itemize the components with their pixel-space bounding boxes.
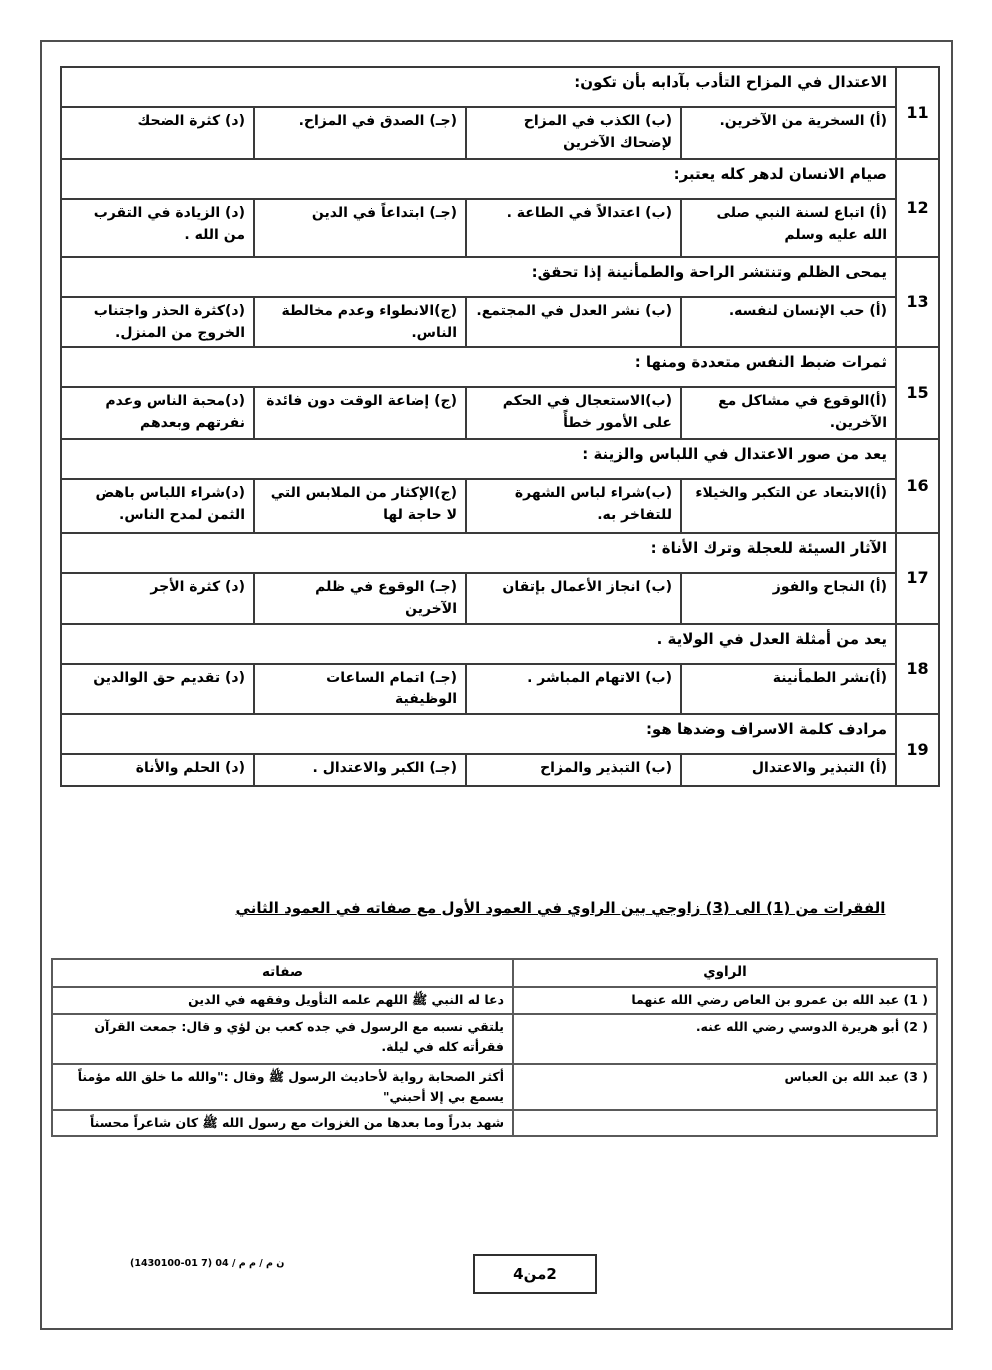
option-c: (جـ) الكبر والاعتدال . [254,754,466,786]
option-b: (ب) الاتهام المباشر . [466,664,681,714]
option-b: (ب) التبذير والمزاح [466,754,681,786]
option-c: (جـ) ابتداعاً في الدين [254,199,466,257]
question-block: 17 الآثار السيئة للعجلة وترك الأناة : (أ… [61,533,939,623]
matching-instruction: الفقرات من (1) الى (3) زاوجي بين الراوي … [226,899,896,917]
narrator-cell [513,1110,937,1136]
footer-doc-code: ن م / م م / 04 (7 01-1430100) [130,1258,284,1269]
option-d: (د) الزيادة في التقرب من الله . [61,199,254,257]
option-a: (أ) حب الإنسان لنفسه. [681,297,896,347]
question-stem: يعد من أمثلة العدل في الولاية . [61,624,896,664]
option-d: (د) الحلم والأناة [61,754,254,786]
option-a: (أ) التبذير والاعتدال [681,754,896,786]
table-row: ( 2) أبو هريرة الدوسي رضي الله عنه. يلتق… [52,1014,937,1064]
question-block: 16 يعد من صور الاعتدال في اللباس والزينة… [61,439,939,533]
option-b: (ب) انجاز الأعمال بإتقان [466,573,681,623]
mcq-table: 11 الاعتدال في المزاح التأدب بآدابه بأن … [60,66,940,787]
option-d: (د)شراء اللباس باهض الثمن لمدح الناس. [61,479,254,533]
page-number: 2من4 [513,1265,557,1283]
option-a: (أ)الوقوع في مشاكل مع الآخرين. [681,387,896,439]
question-block: 12 صيام الانسان لدهر كله يعتبر: (أ) اتبا… [61,159,939,257]
option-a: (أ) السخرية من الآخرين. [681,107,896,159]
question-stem: يمحى الظلم وتنتشر الراحة والطمأنينة إذا … [61,257,896,297]
exam-page: 11 الاعتدال في المزاح التأدب بآدابه بأن … [0,0,992,1370]
option-c: (ج) إضاعة الوقت دون فائدة [254,387,466,439]
question-number: 17 [896,533,939,623]
option-b: (ب)الاستعجال في الحكم على الأمور خطأً [466,387,681,439]
question-number: 19 [896,714,939,786]
matching-table: الراوي صفاته ( 1) عبد الله بن عمرو بن ال… [51,958,938,1137]
question-stem: يعد من صور الاعتدال في اللباس والزينة : [61,439,896,479]
question-number: 18 [896,624,939,714]
option-a: (أ)نشر الطمأنينة [681,664,896,714]
attribute-cell: يلتقي نسبه مع الرسول في جده كعب بن لؤي و… [52,1014,513,1064]
option-b: (ب) اعتدالاً في الطاعة . [466,199,681,257]
option-d: (د) كثرة الأجر [61,573,254,623]
question-block: 15 ثمرات ضبط النفس متعددة ومنها : (أ)الو… [61,347,939,439]
option-b: (ب) نشر العدل في المجتمع. [466,297,681,347]
question-number: 15 [896,347,939,439]
option-c: (ج)الإكثار من الملابس التي لا حاجة لها [254,479,466,533]
question-stem: الآثار السيئة للعجلة وترك الأناة : [61,533,896,573]
question-block: 19 مرادف كلمة الاسراف وضدها هو: (أ) التب… [61,714,939,786]
table-row: شهد بدراً وما بعدها من الغزوات مع رسول ا… [52,1110,937,1136]
option-c: (جـ) الوقوع في ظلم الآخرين [254,573,466,623]
question-block: 13 يمحى الظلم وتنتشر الراحة والطمأنينة إ… [61,257,939,347]
narrator-cell: ( 3) عبد الله بن العباس [513,1064,937,1110]
option-c: (ج)الانطواء وعدم مخالطة الناس. [254,297,466,347]
option-b: (ب)شراء لباس الشهرة للتفاخر به. [466,479,681,533]
question-number: 16 [896,439,939,533]
table-row: ( 3) عبد الله بن العباس أكثر الصحابة روا… [52,1064,937,1110]
option-d: (د)محبة الناس وعدم نفرتهم وبعدهم [61,387,254,439]
question-number: 11 [896,67,939,159]
column-header-narrator: الراوي [513,959,937,987]
attribute-cell: دعا له النبي ﷺ اللهم علمه التأويل وفقهه … [52,987,513,1014]
attribute-cell: أكثر الصحابة رواية لأحاديث الرسول ﷺ وقال… [52,1064,513,1110]
option-d: (د) كثرة الضحك [61,107,254,159]
page-border-frame: 11 الاعتدال في المزاح التأدب بآدابه بأن … [40,40,953,1330]
option-c: (جـ) اتمام الساعات الوظيفية [254,664,466,714]
question-stem: الاعتدال في المزاح التأدب بآدابه بأن تكو… [61,67,896,107]
option-c: (جـ) الصدق في المزاح. [254,107,466,159]
matching-section: الفقرات من (1) الى (3) زاوجي بين الراوي … [42,898,951,917]
option-d: (د)كثرة الحذر واجتناب الخروج من المنزل. [61,297,254,347]
table-row: ( 1) عبد الله بن عمرو بن العاص رضي الله … [52,987,937,1014]
option-a: (أ)الابتعاد عن التكبر والخيلاء [681,479,896,533]
option-a: (أ) النجاح والفوز [681,573,896,623]
question-block: 18 يعد من أمثلة العدل في الولاية . (أ)نش… [61,624,939,714]
page-number-box: 2من4 [473,1254,597,1294]
question-stem: مرادف كلمة الاسراف وضدها هو: [61,714,896,754]
question-number: 13 [896,257,939,347]
option-b: (ب) الكذب في المزاح لإضحاك الآخرين [466,107,681,159]
narrator-cell: ( 2) أبو هريرة الدوسي رضي الله عنه. [513,1014,937,1064]
question-stem: صيام الانسان لدهر كله يعتبر: [61,159,896,199]
option-a: (أ) اتباع لسنة النبي صلى الله عليه وسلم [681,199,896,257]
column-header-attributes: صفاته [52,959,513,987]
question-number: 12 [896,159,939,257]
question-block: 11 الاعتدال في المزاح التأدب بآدابه بأن … [61,67,939,159]
narrator-cell: ( 1) عبد الله بن عمرو بن العاص رضي الله … [513,987,937,1014]
question-stem: ثمرات ضبط النفس متعددة ومنها : [61,347,896,387]
option-d: (د) تقديم حق الوالدين [61,664,254,714]
attribute-cell: شهد بدراً وما بعدها من الغزوات مع رسول ا… [52,1110,513,1136]
